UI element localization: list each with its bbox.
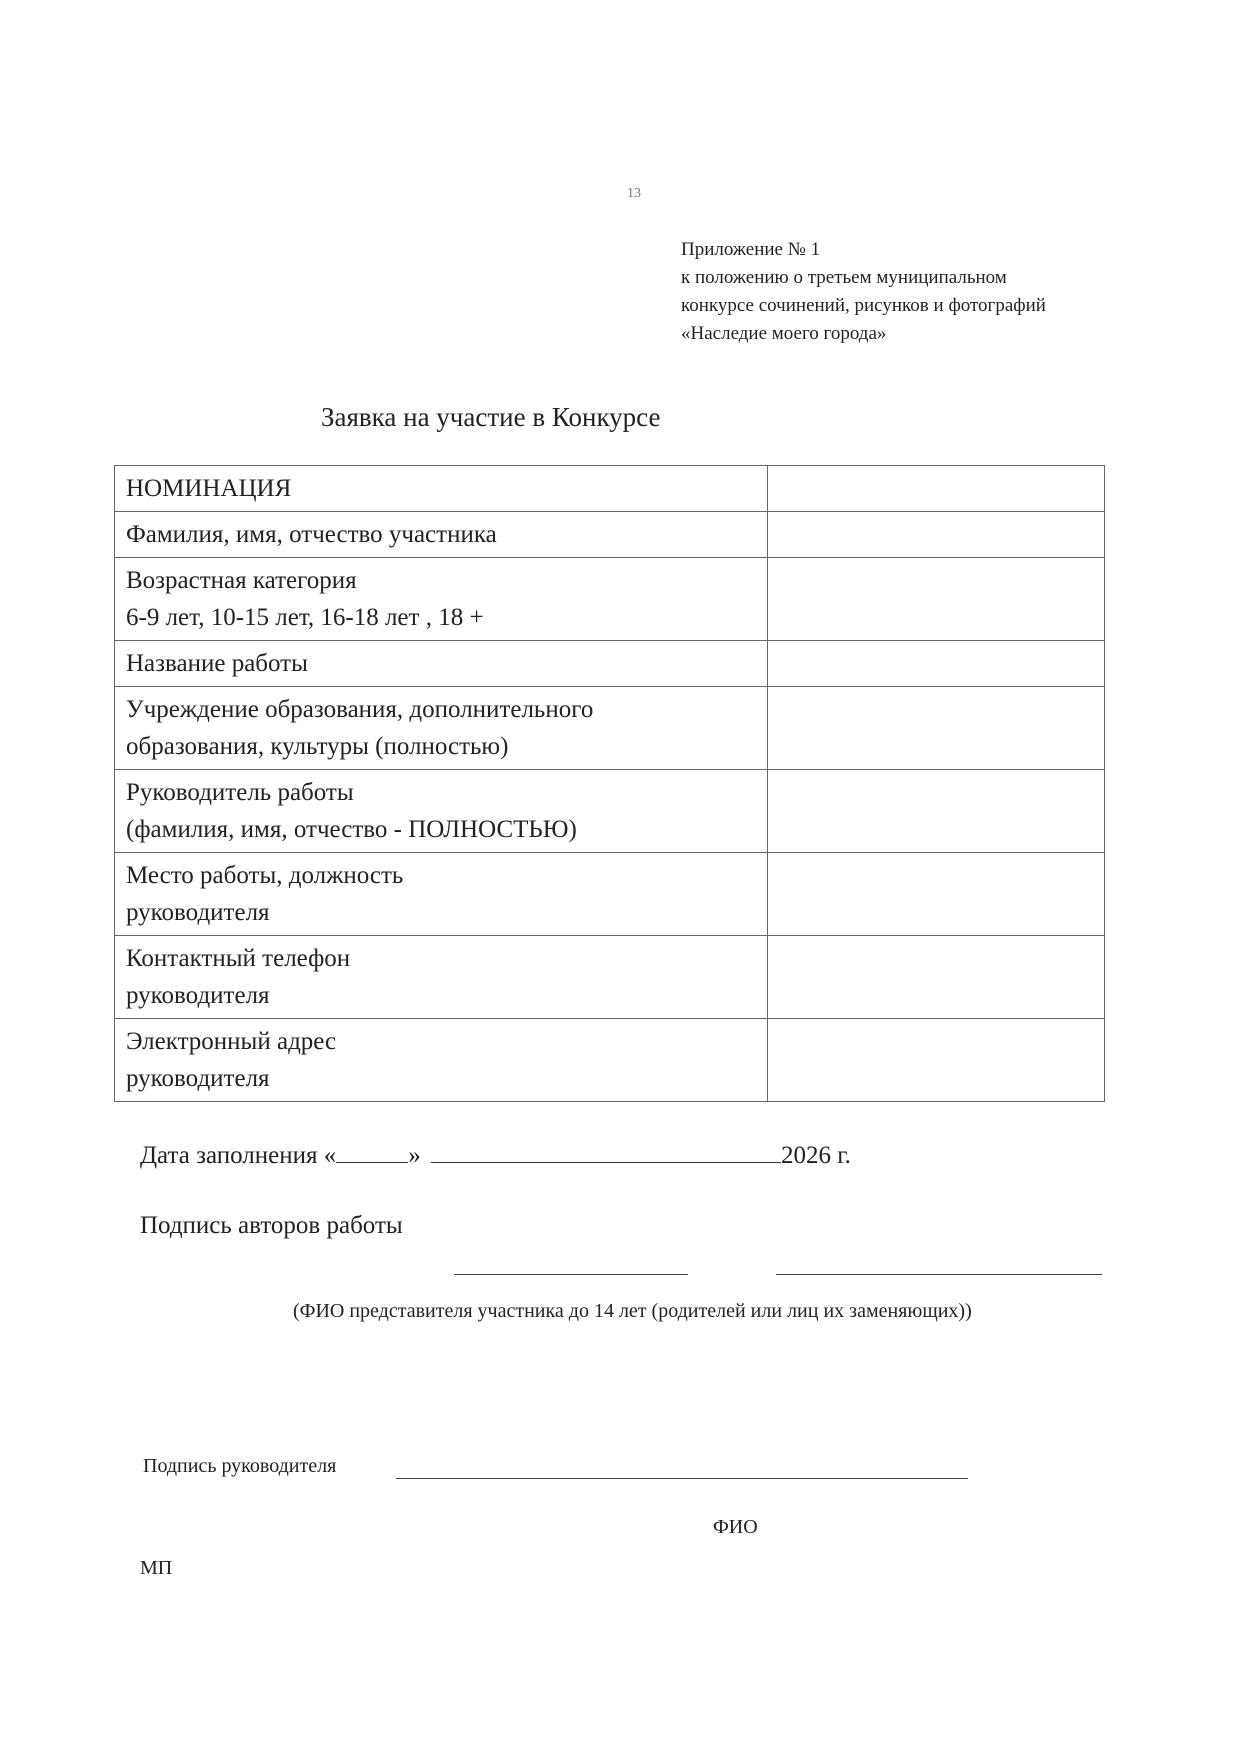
field-value[interactable] (768, 687, 1105, 770)
page-number: 13 (627, 186, 641, 202)
field-label: Руководитель работы(фамилия, имя, отчест… (115, 770, 768, 853)
field-label: Электронный адресруководителя (115, 1019, 768, 1102)
field-value[interactable] (768, 770, 1105, 853)
form-row: Место работы, должностьруководителя (115, 853, 1105, 936)
field-value[interactable] (768, 641, 1105, 687)
date-suffix: 2026 г. (781, 1142, 851, 1169)
form-row: Возрастная категория6-9 лет, 10-15 лет, … (115, 558, 1105, 641)
supervisor-name-caption: ФИО (713, 1516, 758, 1539)
fill-date: Дата заполнения «» 2026 г. (140, 1142, 851, 1170)
form-row: Электронный адресруководителя (115, 1019, 1105, 1102)
form-row: Руководитель работы(фамилия, имя, отчест… (115, 770, 1105, 853)
field-value[interactable] (768, 466, 1105, 512)
supervisor-signature-line[interactable] (396, 1478, 968, 1479)
author-signature-line[interactable] (454, 1274, 688, 1275)
field-label: Контактный телефонруководителя (115, 936, 768, 1019)
annex-line: Приложение № 1 (681, 236, 1046, 264)
field-label: НОМИНАЦИЯ (115, 466, 768, 512)
document-title: Заявка на участие в Конкурсе (321, 402, 660, 433)
field-value[interactable] (768, 558, 1105, 641)
stamp-placeholder: МП (140, 1557, 172, 1580)
date-mid: » (408, 1142, 421, 1169)
author-name-line[interactable] (776, 1274, 1102, 1275)
date-day-field[interactable] (336, 1142, 408, 1163)
representative-note: (ФИО представителя участника до 14 лет (… (293, 1300, 972, 1323)
supervisor-signature-label: Подпись руководителя (143, 1455, 336, 1478)
date-month-field[interactable] (431, 1142, 781, 1163)
form-row: Название работы (115, 641, 1105, 687)
field-value[interactable] (768, 936, 1105, 1019)
application-form-table: НОМИНАЦИЯ Фамилия, имя, отчество участни… (114, 465, 1105, 1102)
field-label: Возрастная категория6-9 лет, 10-15 лет, … (115, 558, 768, 641)
field-label: Фамилия, имя, отчество участника (115, 512, 768, 558)
authors-signature-label: Подпись авторов работы (140, 1212, 403, 1240)
form-row: Фамилия, имя, отчество участника (115, 512, 1105, 558)
field-label: Место работы, должностьруководителя (115, 853, 768, 936)
form-row: Учреждение образования, дополнительногоо… (115, 687, 1105, 770)
date-prefix: Дата заполнения « (140, 1142, 336, 1169)
annex-line: «Наследие моего города» (681, 320, 1046, 348)
field-value[interactable] (768, 1019, 1105, 1102)
form-row: Контактный телефонруководителя (115, 936, 1105, 1019)
annex-line: к положению о третьем муниципальном (681, 264, 1046, 292)
annex-line: конкурсе сочинений, рисунков и фотографи… (681, 292, 1046, 320)
field-value[interactable] (768, 512, 1105, 558)
field-label: Название работы (115, 641, 768, 687)
field-value[interactable] (768, 853, 1105, 936)
annex-header: Приложение № 1 к положению о третьем мун… (681, 236, 1046, 348)
field-label: Учреждение образования, дополнительногоо… (115, 687, 768, 770)
form-row: НОМИНАЦИЯ (115, 466, 1105, 512)
